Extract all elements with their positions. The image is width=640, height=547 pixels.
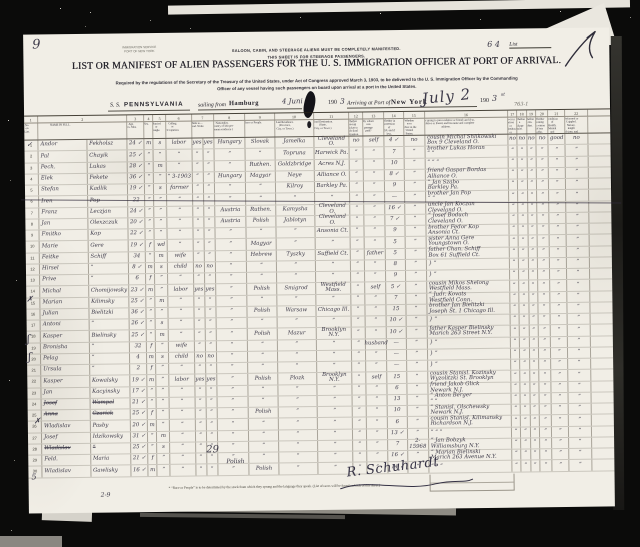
cell-read: ”: [194, 296, 205, 306]
cell-given: Lukas: [87, 162, 128, 173]
cell-sex: ”: [148, 443, 157, 453]
cell-before: ”: [404, 158, 425, 169]
cell-contract: ”: [537, 168, 549, 178]
cell-no: 3: [25, 163, 39, 173]
cell-before: ”: [407, 361, 428, 372]
cell-race: Ruthen.: [247, 205, 276, 216]
cell-destination: ”: [318, 395, 353, 406]
cell-destination: ”: [318, 452, 353, 463]
cell-deformed: ”: [570, 449, 592, 460]
cell-paid: ”: [367, 395, 388, 406]
cell-paid: ”: [365, 294, 386, 305]
cell-ticket: ”: [351, 294, 365, 304]
cell-health: ”: [551, 336, 568, 346]
cell-contract: no: [536, 134, 548, 144]
cell-money: 5 ✓: [386, 282, 405, 292]
cell-age: 32: [130, 342, 147, 352]
cell-family: Julian: [41, 309, 90, 320]
column-number-nationality: 8: [214, 114, 246, 120]
cell-prison: ”: [508, 146, 517, 156]
column-header-margin: [588, 116, 610, 132]
cell-residence: Mazur: [277, 328, 316, 339]
cell-polygamist: ”: [520, 303, 529, 313]
cell-nationality: ”: [218, 442, 250, 453]
cell-money: 7: [387, 293, 406, 303]
cell-prison: ”: [511, 371, 520, 381]
cell-deformed: ”: [568, 302, 590, 313]
cell-write: ”: [207, 431, 218, 441]
cell-read: ”: [194, 318, 205, 328]
cell-nationality: ”: [216, 284, 248, 295]
column-header-nationality: Nationality. (Country of last per- manen…: [214, 121, 246, 137]
column-header-name: NAME IN FULL.: [38, 122, 127, 139]
cell-occupation: ”: [168, 240, 193, 251]
cell-age: 24 ✓: [127, 139, 144, 149]
cell-money: 15: [388, 372, 407, 382]
sailing-from-label: sailing from: [198, 102, 226, 108]
cell-margin: [591, 392, 613, 403]
pencil-note: 763-1: [514, 101, 528, 107]
cell-anarchist: ”: [529, 281, 538, 291]
cell-write: ”: [206, 386, 217, 396]
cell-marital: ”: [156, 341, 169, 351]
cell-health: ”: [551, 291, 568, 301]
cell-money: 13: [388, 395, 407, 405]
cell-sex: ”: [145, 184, 154, 194]
cell-read: ”: [194, 307, 205, 317]
cell-contract: ”: [540, 393, 552, 403]
cell-money: 6: [388, 417, 407, 427]
cell-age: 25 ✓: [131, 409, 148, 419]
cell-given: Schiff: [88, 252, 129, 263]
cell-paid: ”: [367, 429, 388, 440]
cell-destination: ”: [318, 429, 353, 440]
cell-given: ”: [89, 263, 130, 274]
cell-before: ”: [405, 237, 426, 248]
cell-paid: father: [365, 249, 386, 260]
cell-prison: ”: [511, 348, 520, 358]
cell-residence: Warsaw: [277, 306, 316, 317]
cell-family: Pech.: [39, 162, 88, 173]
column-header-race: *Race or People.: [246, 121, 275, 137]
column-header-contract: Whether coming by reason of any offer, s…: [536, 117, 548, 133]
cell-write: no: [206, 352, 217, 362]
cell-family: Antoni: [41, 320, 90, 331]
cell-given: ”: [89, 274, 130, 285]
cell-nationality: ”: [215, 183, 247, 194]
sheet-behind-bottom-edge: [140, 513, 345, 519]
cell-paid: ”: [366, 361, 387, 372]
cell-occupation: ”: [171, 465, 196, 476]
cell-ticket: ”: [350, 204, 364, 214]
cell-money: 13 ✓: [388, 428, 407, 438]
cell-race: ”: [248, 295, 277, 306]
cell-destination: ”: [317, 384, 352, 395]
cell-ticket: ”: [352, 373, 366, 383]
cell-destination: ”: [316, 294, 351, 305]
column-header-health: Condition of Health, Mental and Physical…: [549, 117, 566, 133]
cell-relative: ” ” ”: [429, 461, 512, 472]
cell-health: ”: [549, 179, 566, 189]
cell-family: Jan: [39, 219, 88, 230]
cell-before: ”: [404, 147, 425, 158]
cell-deformed: ”: [570, 460, 592, 471]
cell-margin: [592, 426, 614, 437]
cell-contract: ”: [538, 292, 550, 302]
cell-ticket: ”: [351, 226, 365, 236]
cell-race: Polish: [250, 464, 279, 475]
cell-health: ”: [551, 325, 568, 335]
cell-nationality: ”: [218, 464, 250, 475]
cell-money: 10: [388, 406, 407, 416]
column-header-paid: By whom was passage paid?: [363, 119, 384, 135]
cell-family: Elek: [39, 174, 88, 185]
cell-sex: m: [148, 420, 157, 430]
cell-contract: ”: [538, 247, 550, 257]
cell-family: Wladislav: [42, 466, 91, 477]
cell-destination: ”: [318, 407, 353, 418]
cell-money: 9: [385, 181, 404, 191]
cell-polygamist: ”: [520, 314, 529, 324]
cell-before: ”: [405, 181, 426, 192]
cell-race: ”: [248, 351, 277, 362]
cell-polygamist: ”: [518, 191, 527, 201]
cell-relative: cousin Stanisl. Kilimansky Richardson N.…: [429, 416, 512, 427]
cell-residence: ”: [277, 317, 316, 328]
cell-ticket: ”: [353, 440, 367, 450]
cell-relative: } ”: [428, 348, 511, 359]
cell-anarchist: ”: [530, 416, 539, 426]
cell-relative: ” Jan Bobzyk Williamsburg N.Y.: [429, 438, 512, 449]
cell-occupation: ”: [170, 431, 195, 442]
cell-paid: self: [366, 372, 387, 383]
cell-deformed: ”: [568, 347, 590, 358]
cell-family: Prive: [40, 275, 89, 286]
cell-write: ”: [204, 228, 215, 238]
cell-occupation: ”: [168, 274, 193, 285]
arriving-at-port-label: Arriving at Port of: [347, 100, 390, 107]
cell-destination: Brooklyn N.Y.: [317, 328, 352, 339]
cell-given: Kadlik: [88, 184, 129, 195]
cell-margin: [589, 212, 611, 223]
cell-polygamist: ”: [521, 438, 530, 448]
scan-noise: [8, 120, 9, 121]
cell-residence: ”: [277, 261, 316, 272]
cell-residence: ”: [278, 385, 317, 396]
cell-age: 19 ✓: [130, 375, 147, 385]
column-number-marital: 5: [154, 115, 167, 121]
cell-nationality: Austria: [215, 217, 247, 228]
cell-read: ”: [195, 408, 206, 418]
cell-occupation: labor: [170, 375, 195, 386]
cell-polygamist: ”: [519, 236, 528, 246]
manifest-sheet: 9 IMMIGRATION SERVICE PORT OF NEW YORK S…: [23, 27, 615, 513]
cell-before: ”: [405, 259, 426, 270]
cell-sex: m: [147, 375, 156, 385]
cell-deformed: ”: [566, 179, 588, 190]
cell-deformed: ”: [569, 415, 591, 426]
cell-residence: Kilroy: [276, 182, 315, 193]
cell-marital: m: [156, 296, 169, 306]
cell-write: yes: [205, 285, 216, 295]
cell-family: Marie: [40, 241, 89, 252]
cell-money: 5: [386, 237, 405, 247]
cell-prison: ”: [509, 157, 518, 167]
cell-prison: no: [508, 135, 517, 145]
cell-polygamist: ”: [518, 202, 527, 212]
cell-polygamist: ”: [518, 179, 527, 189]
rule-line: [108, 109, 190, 111]
cell-deformed: ”: [567, 212, 589, 223]
cell-no: 12: [26, 264, 40, 274]
cell-ticket: ”: [352, 305, 366, 315]
cell-prison: ”: [512, 461, 521, 471]
cell-prison: ”: [510, 258, 519, 268]
list-label: List: [509, 41, 551, 49]
cell-given: Chomijowsky: [89, 286, 130, 297]
cell-prison: ”: [510, 270, 519, 280]
cell-marital: s: [156, 353, 169, 363]
handwritten-polish-mark: Polish: [226, 458, 244, 465]
cell-margin: [588, 133, 610, 144]
cell-family: Anna: [42, 410, 91, 421]
cell-anarchist: ”: [531, 449, 540, 459]
cell-destination: Ansonia Ct.: [315, 227, 350, 238]
cell-polygamist: ”: [519, 224, 528, 234]
column-number-prison: 17: [508, 111, 517, 117]
cell-contract: ”: [538, 269, 550, 279]
cell-prison: ”: [510, 292, 519, 302]
cell-health: ”: [552, 415, 569, 425]
margin-check-mark: ✓: [26, 140, 32, 148]
handwritten-year: 3: [340, 97, 345, 106]
cell-race: ”: [248, 318, 277, 329]
column-number-relative: 16: [425, 111, 508, 118]
column-number-ticket: 12: [349, 112, 363, 118]
cell-write: yes: [203, 138, 214, 148]
cell-deformed: ”: [567, 269, 589, 280]
cell-relative: ” ” ”: [429, 427, 512, 438]
cell-health: ”: [551, 359, 568, 369]
cell-contract: ”: [540, 449, 552, 459]
cell-polygamist: ”: [521, 449, 530, 459]
cell-age: 25 ✓: [129, 297, 146, 307]
cell-deformed: ”: [569, 426, 591, 437]
cell-sex: m: [144, 139, 153, 149]
cell-deformed: ”: [566, 190, 588, 201]
cell-health: ”: [550, 213, 567, 223]
cell-anarchist: ”: [528, 179, 537, 189]
cell-anarchist: ”: [529, 258, 538, 268]
cell-health: ”: [552, 370, 569, 380]
cell-write: ”: [206, 363, 217, 373]
cell-destination: Chicago Ill.: [316, 305, 351, 316]
column-header-destination: Final Destination. (State, City, or Town…: [314, 120, 349, 136]
cell-prison: ”: [512, 438, 521, 448]
cell-margin: [590, 336, 612, 347]
cell-margin: [588, 167, 610, 178]
cell-race: ”: [248, 340, 277, 351]
cell-deformed: ”: [567, 224, 589, 235]
cell-margin: [592, 460, 614, 471]
cell-ticket: ”: [351, 271, 365, 281]
cell-health: ”: [552, 381, 569, 391]
cell-prison: ”: [509, 180, 518, 190]
cell-residence: Plozk: [278, 373, 317, 384]
column-number-name: 2: [38, 115, 127, 122]
cell-sex: ”: [145, 218, 154, 228]
cell-marital: ”: [155, 206, 168, 216]
cell-family: Kasper: [41, 376, 90, 387]
column-header-age: Age. Yrs. Mos.: [127, 122, 144, 138]
cell-residence: Neye: [276, 171, 315, 182]
column-header-marital: Married or Single.: [154, 122, 167, 138]
cell-family: Fmitko: [40, 230, 89, 241]
cell-polygamist: ”: [518, 168, 527, 178]
cell-marital: ”: [154, 173, 167, 183]
cell-before: ”: [404, 169, 425, 180]
cell-sex: f: [146, 240, 155, 250]
column-header-no: No. on List.: [24, 123, 38, 139]
cell-contract: ”: [537, 190, 549, 200]
cell-marital: ”: [155, 218, 168, 228]
cell-health: ”: [550, 246, 567, 256]
column-header-before: Whether ever before in the United States…: [404, 119, 425, 135]
cell-destination: ”: [317, 350, 352, 361]
cell-residence: ”: [278, 351, 317, 362]
cell-prison: ”: [511, 393, 520, 403]
cell-deformed: ”: [569, 370, 591, 381]
column-number-sex: 4: [144, 115, 153, 121]
cell-marital: s: [155, 263, 168, 273]
column-header-polygamist: Whether a Polyga- mist.: [517, 117, 527, 133]
cell-health: ”: [550, 224, 567, 234]
cell-anarchist: ”: [529, 269, 538, 279]
cell-nationality: ”: [217, 340, 249, 351]
cell-polygamist: ”: [518, 157, 527, 167]
scan-artifact-bar: [0, 536, 62, 547]
cell-health: ”: [551, 314, 568, 324]
cell-family: Bronisha: [41, 342, 90, 353]
cell-residence: ”: [277, 272, 316, 283]
cell-family: Pal: [39, 151, 88, 162]
column-number-deformed: 22: [565, 110, 587, 116]
cell-marital: ”: [157, 364, 170, 374]
cell-occupation: wife: [169, 341, 194, 352]
cell-ticket: ”: [350, 170, 364, 180]
cell-sex: ”: [148, 398, 157, 408]
cell-write: ”: [204, 240, 215, 250]
cell-nationality: ”: [217, 397, 249, 408]
cell-destination: Brooklyn N.Y.: [317, 373, 352, 384]
cell-money: 4 ✓: [385, 136, 404, 146]
cell-money: 8: [386, 260, 405, 270]
cell-destination: Cleveland O.: [314, 137, 349, 148]
cell-given: ”: [90, 364, 131, 375]
cell-marital: ”: [155, 229, 168, 239]
cell-given: Kowalsky: [90, 376, 131, 387]
cell-read: ”: [195, 420, 206, 430]
cell-sex: ”: [147, 386, 156, 396]
cell-occupation: ”: [168, 206, 193, 217]
cell-race: ”: [249, 363, 278, 374]
cell-family: Ursula: [41, 365, 90, 376]
cell-marital: ”: [155, 274, 168, 284]
margin-5-mark: 5: [31, 472, 36, 481]
cell-money: 15: [387, 305, 406, 315]
cell-contract: ”: [537, 224, 549, 234]
cell-read: ”: [193, 240, 204, 250]
cell-residence: Jamelka: [275, 137, 314, 148]
cell-occupation: farmer: [167, 184, 192, 195]
cell-margin: [590, 268, 612, 279]
manifest-table-body: 1AndorFekholsz24 ✓mslaboryesyesHungarySl…: [24, 133, 614, 478]
column-number-race: 9: [246, 114, 275, 120]
rule-line: [198, 108, 302, 110]
cell-anarchist: ”: [528, 236, 537, 246]
cell-family: Michal: [40, 286, 89, 297]
cell-sex: ”: [145, 207, 154, 217]
cell-before: ”: [406, 282, 427, 293]
cell-prison: ”: [512, 427, 521, 437]
cell-sex: m: [146, 263, 155, 273]
cell-ticket: ”: [352, 316, 366, 326]
cell-money: 10 ✓: [387, 316, 406, 326]
cell-nationality: ”: [217, 374, 249, 385]
cell-marital: m: [155, 251, 168, 261]
cell-contract: ”: [539, 314, 551, 324]
cell-write: ”: [204, 217, 215, 227]
cell-margin: [590, 280, 612, 291]
cell-nationality: ”: [217, 352, 249, 363]
cell-paid: self: [365, 282, 386, 293]
cell-occupation: ”: [167, 161, 192, 172]
cell-paid: ”: [364, 181, 385, 192]
cell-write: ”: [203, 172, 214, 182]
cell-read: ”: [192, 161, 203, 171]
cell-contract: ”: [537, 179, 549, 189]
cell-race: ”: [247, 228, 276, 239]
cell-occupation: labor: [167, 139, 192, 150]
cell-anarchist: ”: [530, 382, 539, 392]
cell-polygamist: ”: [521, 371, 530, 381]
cell-marital: ”: [156, 285, 169, 295]
cell-read: ”: [195, 397, 206, 407]
cell-destination: ”: [316, 238, 351, 249]
cell-residence: ”: [279, 430, 318, 441]
cell-destination: ”: [317, 362, 352, 373]
cell-no: 7: [25, 208, 39, 218]
cell-relative: ” Josef Boduch Cleveland O.: [426, 213, 509, 224]
cell-health: ”: [552, 426, 569, 436]
cell-anarchist: ”: [529, 337, 538, 347]
cell-no: 9: [25, 230, 39, 240]
cell-residence: ”: [279, 441, 318, 452]
cell-ticket: ”: [350, 148, 364, 158]
cell-family: Feld.: [42, 455, 91, 466]
cell-margin: [591, 415, 613, 426]
cell-family: Marian: [40, 297, 89, 308]
cell-occupation: ”: [168, 217, 193, 228]
column-number-health: 21: [548, 110, 565, 116]
cell-age: 25 ✓: [131, 443, 148, 453]
cell-occupation: ”: [170, 442, 195, 453]
cell-write: ”: [205, 318, 216, 328]
cell-money: 10: [385, 158, 404, 168]
handwritten-arrival-date: July 2: [421, 85, 472, 108]
cell-given: Bielinsky: [89, 331, 130, 342]
handwritten-st-mark: st: [501, 93, 505, 98]
